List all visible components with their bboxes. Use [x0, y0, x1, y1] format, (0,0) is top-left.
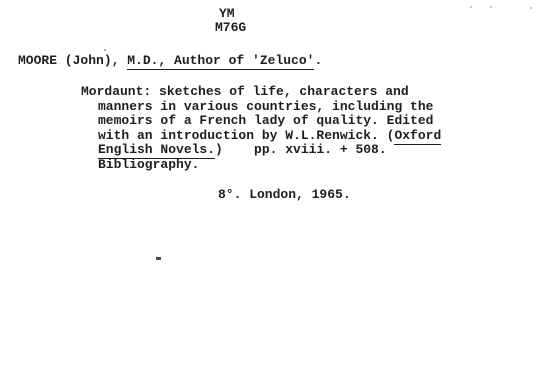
- body-line-6: Bibliography.: [98, 158, 199, 172]
- heading-line: MOORE (John), M.D., Author of 'Zeluco'.: [18, 54, 322, 68]
- scan-speck: [470, 6, 472, 8]
- call-number-line-2: M76G: [215, 21, 246, 35]
- series-title-part-1-underlined: Oxford: [394, 128, 441, 145]
- body-line-3: memoirs of a French lady of quality. Edi…: [98, 114, 433, 128]
- call-number-line-1: YM: [219, 7, 235, 21]
- body-line-1: Mordaunt: sketches of life, characters a…: [81, 85, 409, 99]
- body-line-4-text: with an introduction by W.L.Renwick. (: [98, 128, 394, 143]
- heading-title-underlined: M.D., Author of 'Zeluco': [127, 53, 314, 70]
- scan-speck: [104, 49, 106, 51]
- scan-speck: [156, 257, 161, 260]
- body-line-5: English Novels.) pp. xviii. + 508.: [98, 143, 387, 157]
- body-line-5-text: ) pp. xviii. + 508.: [215, 142, 387, 157]
- catalog-card: YM M76G MOORE (John), M.D., Author of 'Z…: [0, 0, 550, 374]
- body-line-2: manners in various countries, including …: [98, 100, 433, 114]
- scan-speck: [490, 6, 492, 8]
- body-line-4: with an introduction by W.L.Renwick. (Ox…: [98, 129, 441, 143]
- scan-speck: [530, 7, 532, 9]
- imprint-line: 8°. London, 1965.: [218, 188, 351, 202]
- heading-suffix: .: [314, 53, 322, 68]
- heading-author: MOORE (John),: [18, 53, 127, 68]
